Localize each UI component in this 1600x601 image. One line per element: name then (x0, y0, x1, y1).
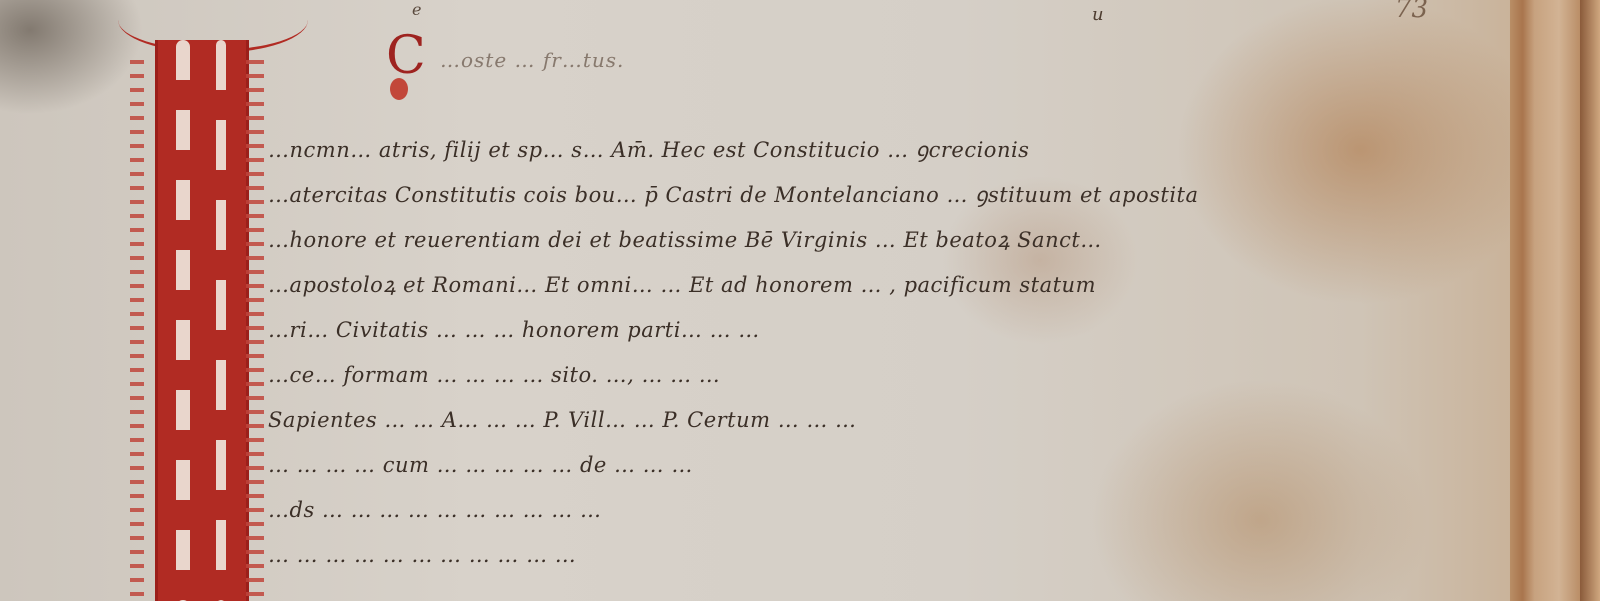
text-line: …ncmn… atris, filij et sp… s… Am̄. Hec e… (268, 128, 1328, 173)
text-line: …ce… formam … … … … sito. …, … … … (268, 353, 1328, 398)
initial-penwork-right (246, 60, 264, 600)
text-line: …honore et reuerentiam dei et beatissime… (268, 218, 1328, 263)
text-line: …ri… Civitatis … … … honorem parti… … … (268, 308, 1328, 353)
marginal-mark: e (412, 0, 421, 19)
text-line: …atercitas Constitutis cois bou… p̄ Cast… (268, 173, 1328, 218)
text-line: … … … … cum … … … … … de … … … (268, 443, 1328, 488)
folio-number: 73 (1395, 0, 1428, 24)
page-gutter-edge (1510, 0, 1580, 601)
decorated-initial (155, 40, 249, 601)
initial-penwork-left (130, 60, 144, 600)
manuscript-page: 73 e u C …oste … fr…tus. …ncmn… atris, f… (0, 0, 1600, 601)
rubric-dot (390, 78, 408, 100)
text-line: Sapientes … … A… … … P. Vill… … P. Certu… (268, 398, 1328, 443)
binding-edge (1580, 0, 1600, 601)
text-block: …ncmn… atris, filij et sp… s… Am̄. Hec e… (268, 128, 1328, 578)
rubric-heading: …oste … fr…tus. (440, 48, 624, 72)
rubric-initial: C (386, 30, 426, 82)
text-line: …ds … … … … … … … … … … (268, 488, 1328, 533)
marginal-mark: u (1092, 4, 1104, 25)
text-line: … … … … … … … … … … … (268, 533, 1328, 578)
text-line: …apostoloꝝ et Romani… Et omni… … Et ad h… (268, 263, 1328, 308)
